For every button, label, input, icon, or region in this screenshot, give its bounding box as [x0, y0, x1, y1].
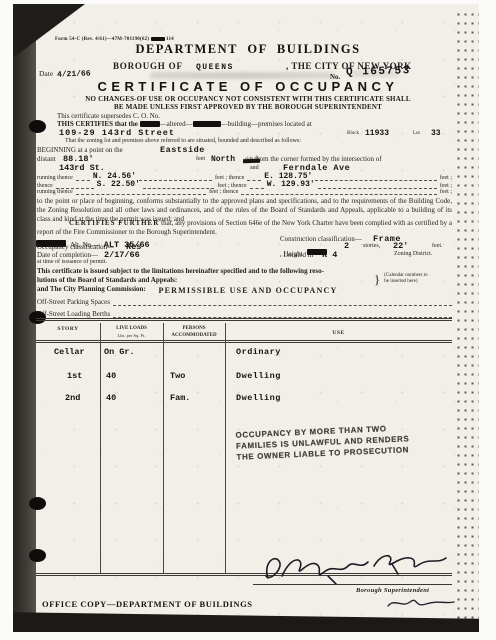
corner-text: from the corner formed by the intersecti… — [255, 155, 382, 163]
cell-live: 40 — [106, 393, 116, 403]
cell-live: On Gr. — [104, 347, 135, 357]
cell-story: 2nd — [65, 393, 80, 403]
distant-label: distant — [37, 155, 56, 163]
header-story: STORY — [36, 326, 100, 332]
certifies-further-lead: CERTIFIES FURTHER — [69, 219, 159, 227]
and-label: and — [250, 165, 259, 171]
loading-row: Off-Street Loading Berths — [37, 310, 452, 318]
date-label: Date — [39, 70, 53, 79]
cell-use: Ordinary — [236, 347, 281, 357]
two-family-warning-stamp: OCCUPANCY BY MORE THAN TWO FAMILIES IS U… — [235, 423, 410, 463]
header-persons-line1: PERSONS — [182, 326, 205, 331]
secondary-signature-scribble — [384, 594, 456, 612]
described-line: That the zoning lot and premises above r… — [65, 138, 301, 144]
lot-label: Lot — [413, 131, 420, 136]
stories-label: stories, — [363, 243, 380, 249]
header-live-loads-line1: LIVE LOADS — [116, 326, 147, 331]
feet-word: feet. — [432, 243, 443, 249]
dash: — — [186, 120, 193, 128]
permissible-heading: PERMISSIBLE USE AND OCCUPANCY — [48, 286, 448, 295]
office-copy-label: OFFICE COPY—DEPARTMENT OF BUILDINGS — [42, 599, 253, 609]
height-value: 22' — [393, 241, 408, 251]
department-title: DEPARTMENT OF BUILDINGS — [48, 42, 448, 57]
limitations-line2: lutions of the Board of Standards and Ap… — [37, 276, 177, 284]
cell-persons: Two — [170, 371, 185, 381]
certifies-line: THIS CERTIFIES that the —altered——buildi… — [57, 120, 312, 128]
dotted-leader — [113, 311, 452, 318]
feet-thence-label: feet ; thence — [209, 189, 238, 195]
feet-end-label: feet ; — [440, 189, 452, 195]
table-header-row: STORY LIVE LOADS Lbs. per Sq. Ft. PERSON… — [36, 323, 452, 343]
table-column-divider — [100, 323, 101, 573]
calendar-note-line1: (Calendar numbers to — [384, 273, 427, 278]
borough-value: QUEENS — [196, 63, 234, 72]
cell-use: Dwelling — [236, 371, 281, 381]
cell-persons: Fam. — [170, 393, 190, 403]
stories-value: 2 — [344, 241, 349, 251]
notice-line-2: BE MADE UNLESS FIRST APPROVED BY THE BOR… — [0, 103, 496, 111]
header-persons-line2: ACCOMMODATED — [171, 333, 216, 338]
cell-use: Dwelling — [236, 393, 281, 403]
limitations-line1: This certificate is issued subject to th… — [37, 267, 324, 275]
premises-address: 109-29 143rd Street — [59, 128, 175, 138]
dotted-leader — [241, 188, 436, 195]
cell-story: 1st — [67, 371, 82, 381]
brace-glyph: } — [374, 271, 380, 286]
located-label: . Located in — [280, 251, 313, 259]
table-column-divider — [225, 323, 226, 573]
certifies-tail: —building—premises located at — [221, 120, 312, 128]
dotted-leader — [113, 299, 452, 306]
ghost-stamp-smudge — [150, 72, 335, 79]
completion-label: Date of completion— — [37, 251, 98, 259]
completion-value: 2/17/66 — [104, 250, 140, 260]
cell-live: 40 — [106, 371, 116, 381]
direction-value: North — [211, 155, 235, 164]
parking-row: Off-Street Parking Spaces — [37, 298, 452, 306]
cell-story: Cellar — [54, 347, 85, 357]
dotted-leader — [76, 188, 206, 195]
table-column-divider — [163, 323, 164, 573]
notice-line-1: NO CHANGES-OF USE OR OCCUPANCY NOT CONSI… — [0, 95, 496, 103]
occupancy-label: Occupancy classification— — [37, 243, 114, 251]
borough-label: BOROUGH OF — [113, 61, 183, 71]
punch-hole — [29, 120, 46, 133]
parking-label: Off-Street Parking Spaces — [37, 298, 110, 306]
issuance-note: at time of issuance of permit. — [37, 259, 107, 265]
side-value: Eastside — [160, 145, 205, 155]
header-persons: PERSONS ACCOMMODATED — [163, 326, 225, 339]
altered-word: altered — [167, 120, 186, 128]
feet-label: feet — [196, 156, 205, 162]
block-value: 11933 — [365, 129, 389, 138]
signature-line — [253, 584, 452, 585]
supersedes-line: This certificate supersedes C. O. No. — [57, 112, 160, 120]
header-use: USE — [225, 330, 452, 336]
strikeout-new — [140, 121, 160, 127]
use-occupancy-table: STORY LIVE LOADS Lbs. per Sq. Ft. PERSON… — [36, 318, 452, 576]
lot-value: 33 — [431, 129, 441, 138]
running-thence-label: running thence — [37, 189, 73, 195]
header-live-loads-line2: Lbs. per Sq. Ft. — [118, 333, 146, 338]
beginning-label: BEGINNING at a point on the — [37, 146, 123, 154]
course-row-3: running thence feet ; thence feet ; — [37, 188, 452, 195]
dash: — — [160, 120, 167, 128]
block-label: Block — [347, 131, 359, 136]
certificate-no-stamp: Q 165753 — [346, 65, 411, 79]
certificate-of-occupancy-scan: Form 54-C (Rev. 4/61)—47M-701190(62) 114… — [0, 0, 496, 640]
header-live-loads: LIVE LOADS Lbs. per Sq. Ft. — [100, 326, 163, 340]
signature-title: Borough Superintendent — [356, 587, 429, 594]
calendar-note-line2: be inserted here) — [384, 279, 417, 284]
strikeout-existing — [193, 121, 221, 127]
certifies-lead: THIS CERTIFIES that the — [57, 120, 138, 128]
district-value: R 4 — [322, 250, 337, 260]
certificate-title: CERTIFICATE OF OCCUPANCY — [48, 79, 448, 94]
superintendent-signature — [258, 546, 454, 588]
form-number-blob — [151, 37, 165, 41]
construction-label: Construction classification— — [280, 235, 362, 243]
loading-label: Off-Street Loading Berths — [37, 310, 110, 318]
district-label: Zoning District. — [394, 251, 432, 257]
